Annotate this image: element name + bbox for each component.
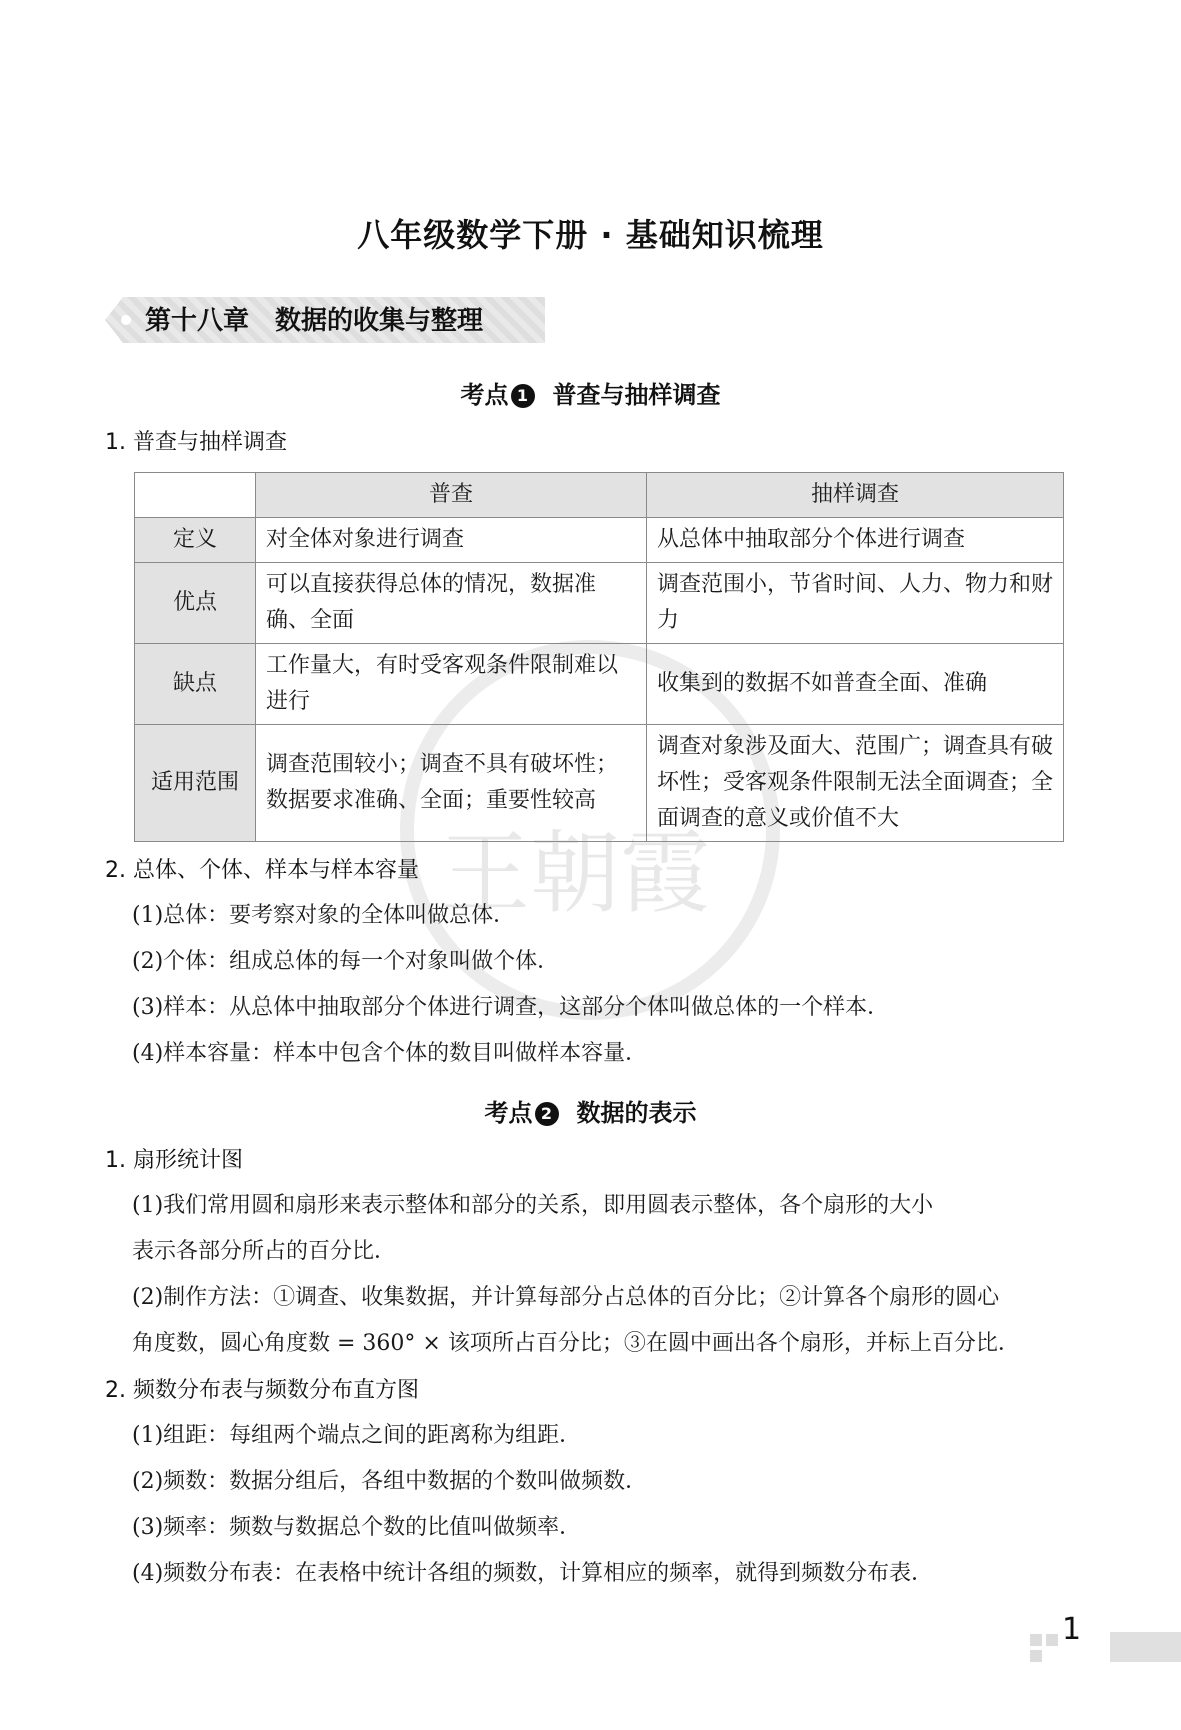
subsection-title: 1. 扇形统计图 — [105, 1143, 243, 1174]
cell-sample: 调查对象涉及面大、范围广；调查具有破坏性；受客观条件限制无法全面调查；全面调查的… — [647, 725, 1064, 842]
number-badge-icon: 1 — [511, 384, 535, 408]
section-heading-1: 考点1普查与抽样调查 — [0, 375, 1181, 410]
cell-census: 工作量大，有时受客观条件限制难以进行 — [256, 644, 647, 725]
page-title: 八年级数学下册 · 基础知识梳理 — [0, 210, 1181, 256]
section-heading-2: 考点2数据的表示 — [0, 1093, 1181, 1128]
subsection-title: 2. 总体、个体、样本与样本容量 — [105, 853, 419, 884]
cell-sample: 调查范围小，节省时间、人力、物力和财力 — [647, 563, 1064, 644]
chapter-title: 第十八章 数据的收集与整理 — [145, 300, 483, 337]
table-row: 优点 可以直接获得总体的情况，数据准确、全面 调查范围小，节省时间、人力、物力和… — [135, 563, 1064, 644]
row-label: 优点 — [135, 563, 256, 644]
comparison-table: 普查 抽样调查 定义 对全体对象进行调查 从总体中抽取部分个体进行调查 优点 可… — [134, 472, 1064, 842]
table-header-sample: 抽样调查 — [647, 473, 1064, 518]
subsection-title: 1. 普查与抽样调查 — [105, 425, 287, 456]
subsection-title: 2. 频数分布表与频数分布直方图 — [105, 1373, 419, 1404]
table-row: 缺点 工作量大，有时受客观条件限制难以进行 收集到的数据不如普查全面、准确 — [135, 644, 1064, 725]
cell-census: 可以直接获得总体的情况，数据准确、全面 — [256, 563, 647, 644]
page-number: 1 — [1062, 1612, 1081, 1647]
paragraph-line: 表示各部分所占的百分比． — [132, 1234, 396, 1265]
number-badge-icon: 2 — [535, 1102, 559, 1126]
kaodian-title: 普查与抽样调查 — [553, 381, 721, 409]
paragraph-line: (4)样本容量：样本中包含个体的数目叫做样本容量． — [132, 1036, 647, 1067]
paragraph-line: (3)频率：频数与数据总个数的比值叫做频率． — [132, 1510, 581, 1541]
paragraph-line: (3)样本：从总体中抽取部分个体进行调查，这部分个体叫做总体的一个样本． — [132, 990, 889, 1021]
row-label: 定义 — [135, 518, 256, 563]
cell-census: 对全体对象进行调查 — [256, 518, 647, 563]
cell-sample: 从总体中抽取部分个体进行调查 — [647, 518, 1064, 563]
table-row: 适用范围 调查范围较小；调查不具有破坏性；数据要求准确、全面；重要性较高 调查对… — [135, 725, 1064, 842]
paragraph-line: (1)我们常用圆和扇形来表示整体和部分的关系，即用圆表示整体，各个扇形的大小 — [132, 1188, 933, 1219]
table-row: 定义 对全体对象进行调查 从总体中抽取部分个体进行调查 — [135, 518, 1064, 563]
paragraph-line: (2)制作方法：①调查、收集数据，并计算每部分占总体的百分比；②计算各个扇形的圆… — [132, 1280, 999, 1311]
table-header-row: 普查 抽样调查 — [135, 473, 1064, 518]
kaodian-label: 考点 — [485, 1099, 533, 1127]
cell-sample: 收集到的数据不如普查全面、准确 — [647, 644, 1064, 725]
row-label: 缺点 — [135, 644, 256, 725]
paragraph-line: (4)频数分布表：在表格中统计各组的频数，计算相应的频率，就得到频数分布表． — [132, 1556, 933, 1587]
banner-dot-icon — [121, 315, 131, 325]
paragraph-line: (1)组距：每组两个端点之间的距离称为组距． — [132, 1418, 581, 1449]
row-label: 适用范围 — [135, 725, 256, 842]
kaodian-label: 考点 — [461, 381, 509, 409]
paragraph-line: (2)个体：组成总体的每一个对象叫做个体． — [132, 944, 559, 975]
cell-census: 调查范围较小；调查不具有破坏性；数据要求准确、全面；重要性较高 — [256, 725, 647, 842]
paragraph-line: (1)总体：要考察对象的全体叫做总体． — [132, 898, 515, 929]
kaodian-title: 数据的表示 — [577, 1099, 697, 1127]
table-header-census: 普查 — [256, 473, 647, 518]
paragraph-line: 角度数，圆心角度数 = 360° × 该项所占百分比；③在圆中画出各个扇形，并标… — [132, 1326, 1020, 1357]
page-number-bar — [1110, 1632, 1181, 1662]
paragraph-line: (2)频数：数据分组后，各组中数据的个数叫做频数． — [132, 1464, 647, 1495]
table-corner-cell — [135, 473, 256, 518]
